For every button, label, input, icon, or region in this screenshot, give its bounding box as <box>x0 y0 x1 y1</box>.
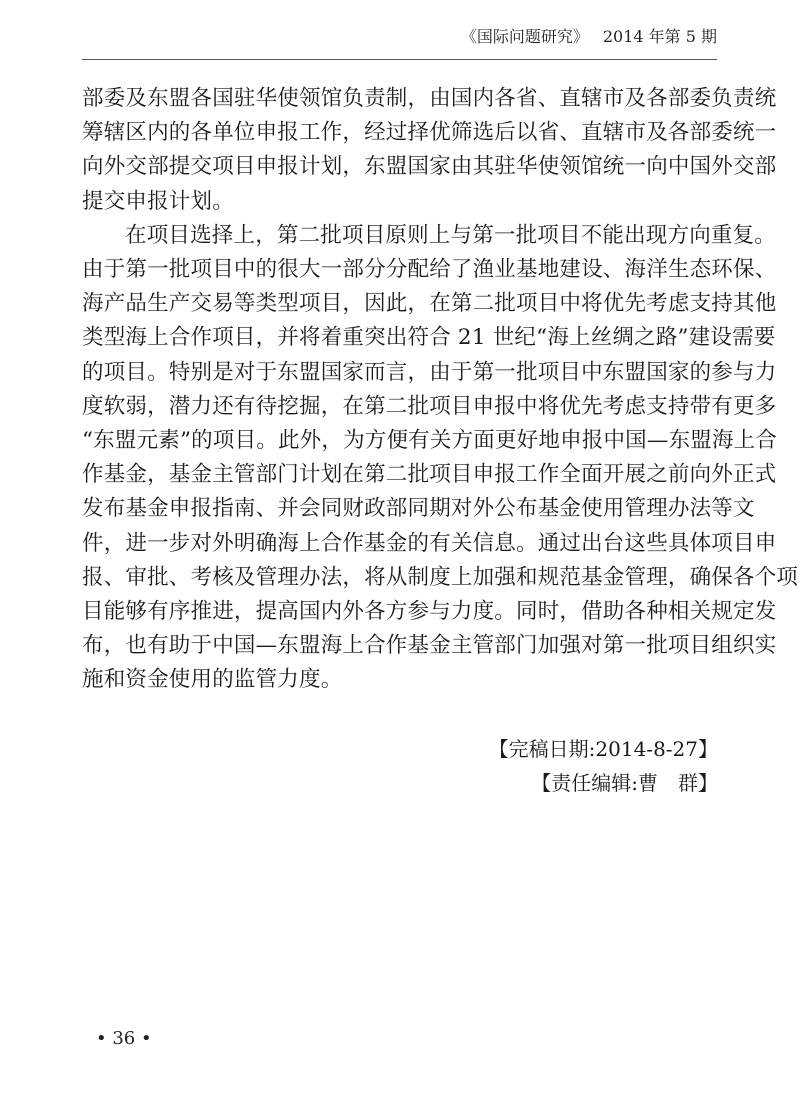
paragraph-2: 在项目选择上，第二批项目原则上与第一批项目不能出现方向重复。 由于第一批项目中的… <box>82 219 718 698</box>
text-line: “东盟元素”的项目。此外，为方便有关方面更好地申报中国—东盟海上合 <box>82 424 718 458</box>
article-body: 部委及东盟各国驻华使领馆负责制，由国内各省、直辖市及各部委负责统 筹辖区内的各单… <box>82 82 718 698</box>
text-line: 施和资金使用的监管力度。 <box>82 663 718 697</box>
text-line: 提交申报计划。 <box>82 185 718 219</box>
text-line: 筹辖区内的各单位申报工作，经过择优筛选后以省、直辖市及各部委统一 <box>82 116 718 150</box>
journal-title: 《国际问题研究》 <box>461 27 589 46</box>
text-line: 在项目选择上，第二批项目原则上与第一批项目不能出现方向重复。 <box>82 219 718 253</box>
page-number: • 36 • <box>96 1028 152 1049</box>
issue-number: 2014 年第 5 期 <box>603 27 717 46</box>
article-footer-notes: 【完稿日期:2014-8-27】 【责任编辑:曹 群】 <box>489 732 718 800</box>
text-line: 的项目。特别是对于东盟国家而言，由于第一批项目中东盟国家的参与力 <box>82 356 718 390</box>
text-line: 发布基金申报指南、并会同财政部同期对外公布基金使用管理办法等文 <box>82 492 718 526</box>
text-line: 目能够有序推进，提高国内外各方参与力度。同时，借助各种相关规定发 <box>82 595 718 629</box>
text-line: 部委及东盟各国驻华使领馆负责制，由国内各省、直辖市及各部委负责统 <box>82 82 718 116</box>
text-line: 报、审批、考核及管理办法，将从制度上加强和规范基金管理，确保各个项 <box>82 561 718 595</box>
text-line: 作基金，基金主管部门计划在第二批项目申报工作全面开展之前向外正式 <box>82 458 718 492</box>
text-line: 件，进一步对外明确海上合作基金的有关信息。通过出台这些具体项目申 <box>82 527 718 561</box>
text-line: 布，也有助于中国—东盟海上合作基金主管部门加强对第一批项目组织实 <box>82 629 718 663</box>
responsible-editor: 【责任编辑:曹 群】 <box>489 766 718 800</box>
text-line: 类型海上合作项目，并将着重突出符合 21 世纪“海上丝绸之路”建设需要 <box>82 321 718 355</box>
running-header: 《国际问题研究》2014 年第 5 期 <box>82 22 717 60</box>
text-line: 度软弱，潜力还有待挖掘，在第二批项目申报中将优先考虑支持带有更多 <box>82 390 718 424</box>
completion-date: 【完稿日期:2014-8-27】 <box>489 732 718 766</box>
text-line: 海产品生产交易等类型项目，因此，在第二批项目中将优先考虑支持其他 <box>82 287 718 321</box>
text-line: 向外交部提交项目申报计划，东盟国家由其驻华使领馆统一向中国外交部 <box>82 150 718 184</box>
paragraph-1: 部委及东盟各国驻华使领馆负责制，由国内各省、直辖市及各部委负责统 筹辖区内的各单… <box>82 82 718 219</box>
text-line: 由于第一批项目中的很大一部分分配给了渔业基地建设、海洋生态环保、 <box>82 253 718 287</box>
